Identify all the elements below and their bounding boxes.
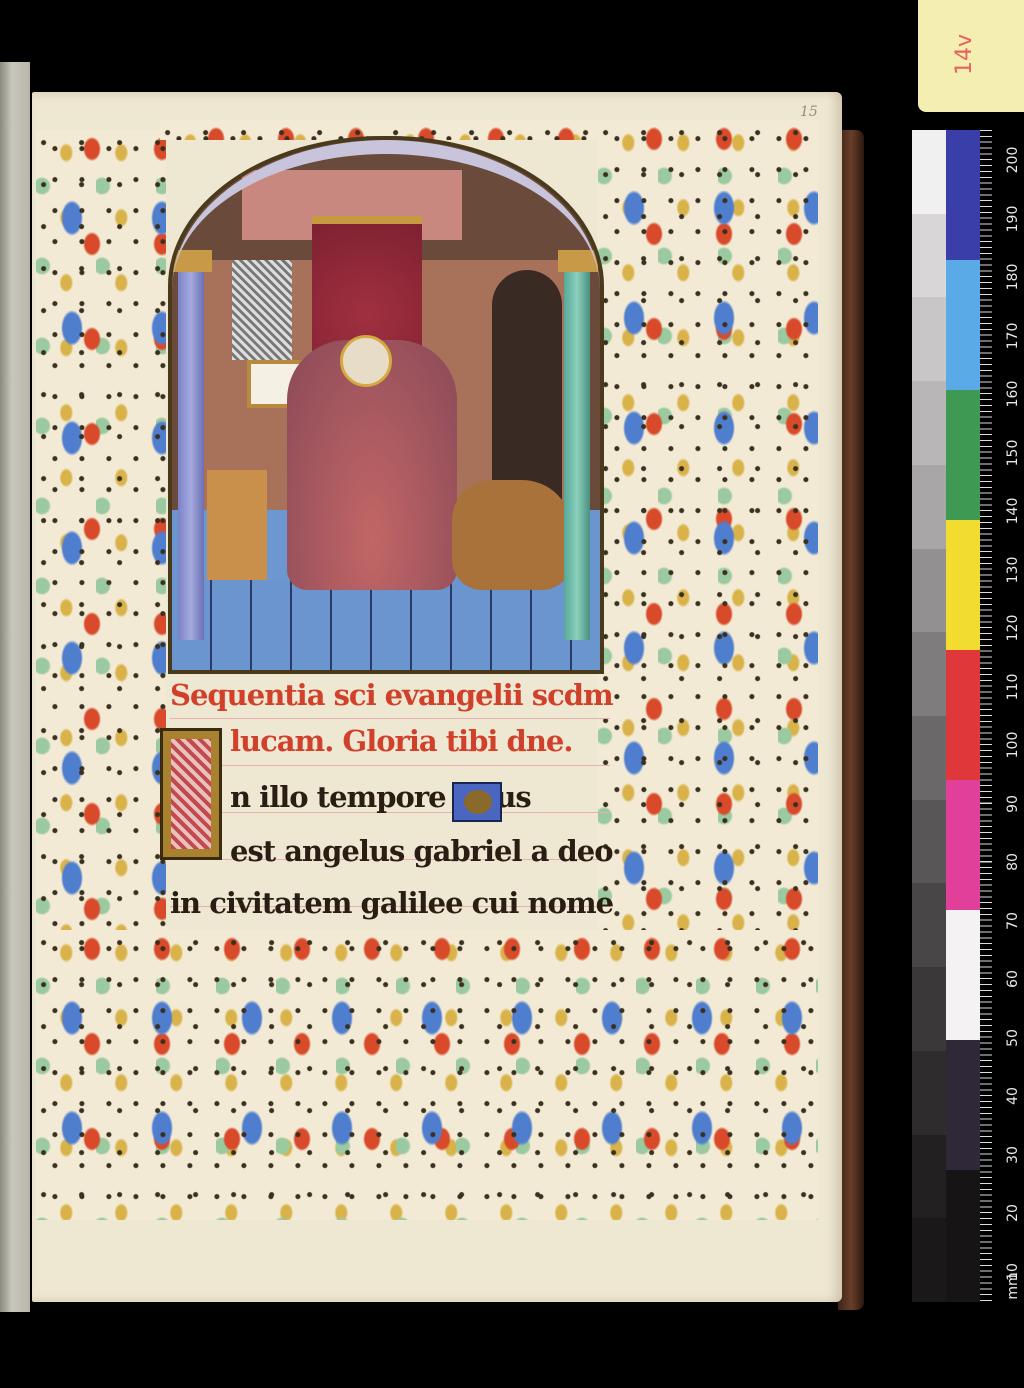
initial-M (452, 782, 502, 822)
halo (340, 335, 392, 387)
grey-scale-strip (912, 130, 946, 1302)
color-patch-cyan (946, 260, 980, 390)
color-patch-magenta (946, 780, 980, 910)
grey-patch (912, 967, 946, 1051)
grey-patch (912, 381, 946, 465)
rubric-line-2: lucam. Gloria tibi dne. (230, 724, 572, 758)
writing-desk (207, 470, 267, 580)
ruler-label: 90 (1005, 789, 1021, 819)
folio-number: 15 (800, 104, 818, 120)
ruler-label: 180 (1005, 262, 1021, 292)
grey-patch (912, 549, 946, 633)
ruler-label: 60 (1005, 964, 1021, 994)
ruler-label: 150 (1005, 438, 1021, 468)
facing-page-edge (0, 62, 30, 1312)
ox-symbol (452, 480, 572, 590)
color-patch-black (946, 1170, 980, 1302)
sticky-note-text: 14v (952, 34, 977, 75)
ruler-label: 80 (1005, 847, 1021, 877)
color-patch-red (946, 650, 980, 780)
ruler-label: 160 (1005, 379, 1021, 409)
text-block: Sequentia sci evangelii scdm lucam. Glor… (170, 672, 610, 932)
ruler-label: 120 (1005, 613, 1021, 643)
foliate-border-bottom (36, 930, 818, 1220)
mm-ruler: 2001901801701601501401301201101009080706… (980, 130, 1024, 1302)
text-line-3: in civitatem galilee cui nome (170, 886, 613, 920)
grey-patch (912, 716, 946, 800)
ruler-label: 30 (1005, 1140, 1021, 1170)
color-patch-green (946, 390, 980, 520)
color-patch-white (946, 910, 980, 1040)
ruler-label: 100 (1005, 730, 1021, 760)
miniature-saint-luke (168, 136, 604, 674)
color-patch-yellow (946, 520, 980, 650)
color-patch-dark-violet (946, 1040, 980, 1170)
ruler-label: 50 (1005, 1023, 1021, 1053)
ruler-label: 190 (1005, 204, 1021, 234)
sticky-note: 14v (918, 0, 1024, 112)
grey-patch (912, 297, 946, 381)
grey-patch (912, 1218, 946, 1302)
grey-patch (912, 632, 946, 716)
ruler-label: 200 (1005, 145, 1021, 175)
ruler-label: 130 (1005, 555, 1021, 585)
ruler-label: 40 (1005, 1081, 1021, 1111)
grey-patch (912, 465, 946, 549)
grey-patch (912, 1135, 946, 1219)
grey-patch (912, 883, 946, 967)
grey-patch (912, 800, 946, 884)
grey-patch (912, 1051, 946, 1135)
rubric-line-1: Sequentia sci evangelii scdm (170, 678, 613, 712)
ruler-unit: mm (1005, 1271, 1021, 1301)
historiated-initial-I (160, 728, 222, 860)
ruler-label: 20 (1005, 1198, 1021, 1228)
ruler-label: 140 (1005, 496, 1021, 526)
ruler-label: 170 (1005, 321, 1021, 351)
grey-patch (912, 130, 946, 214)
color-checker-strip (946, 130, 980, 1302)
color-patch-blue (946, 130, 980, 260)
ruler-label: 110 (1005, 672, 1021, 702)
grey-patch (912, 214, 946, 298)
ruler-label: 70 (1005, 906, 1021, 936)
text-line-2: est angelus gabriel a deo (230, 834, 613, 868)
